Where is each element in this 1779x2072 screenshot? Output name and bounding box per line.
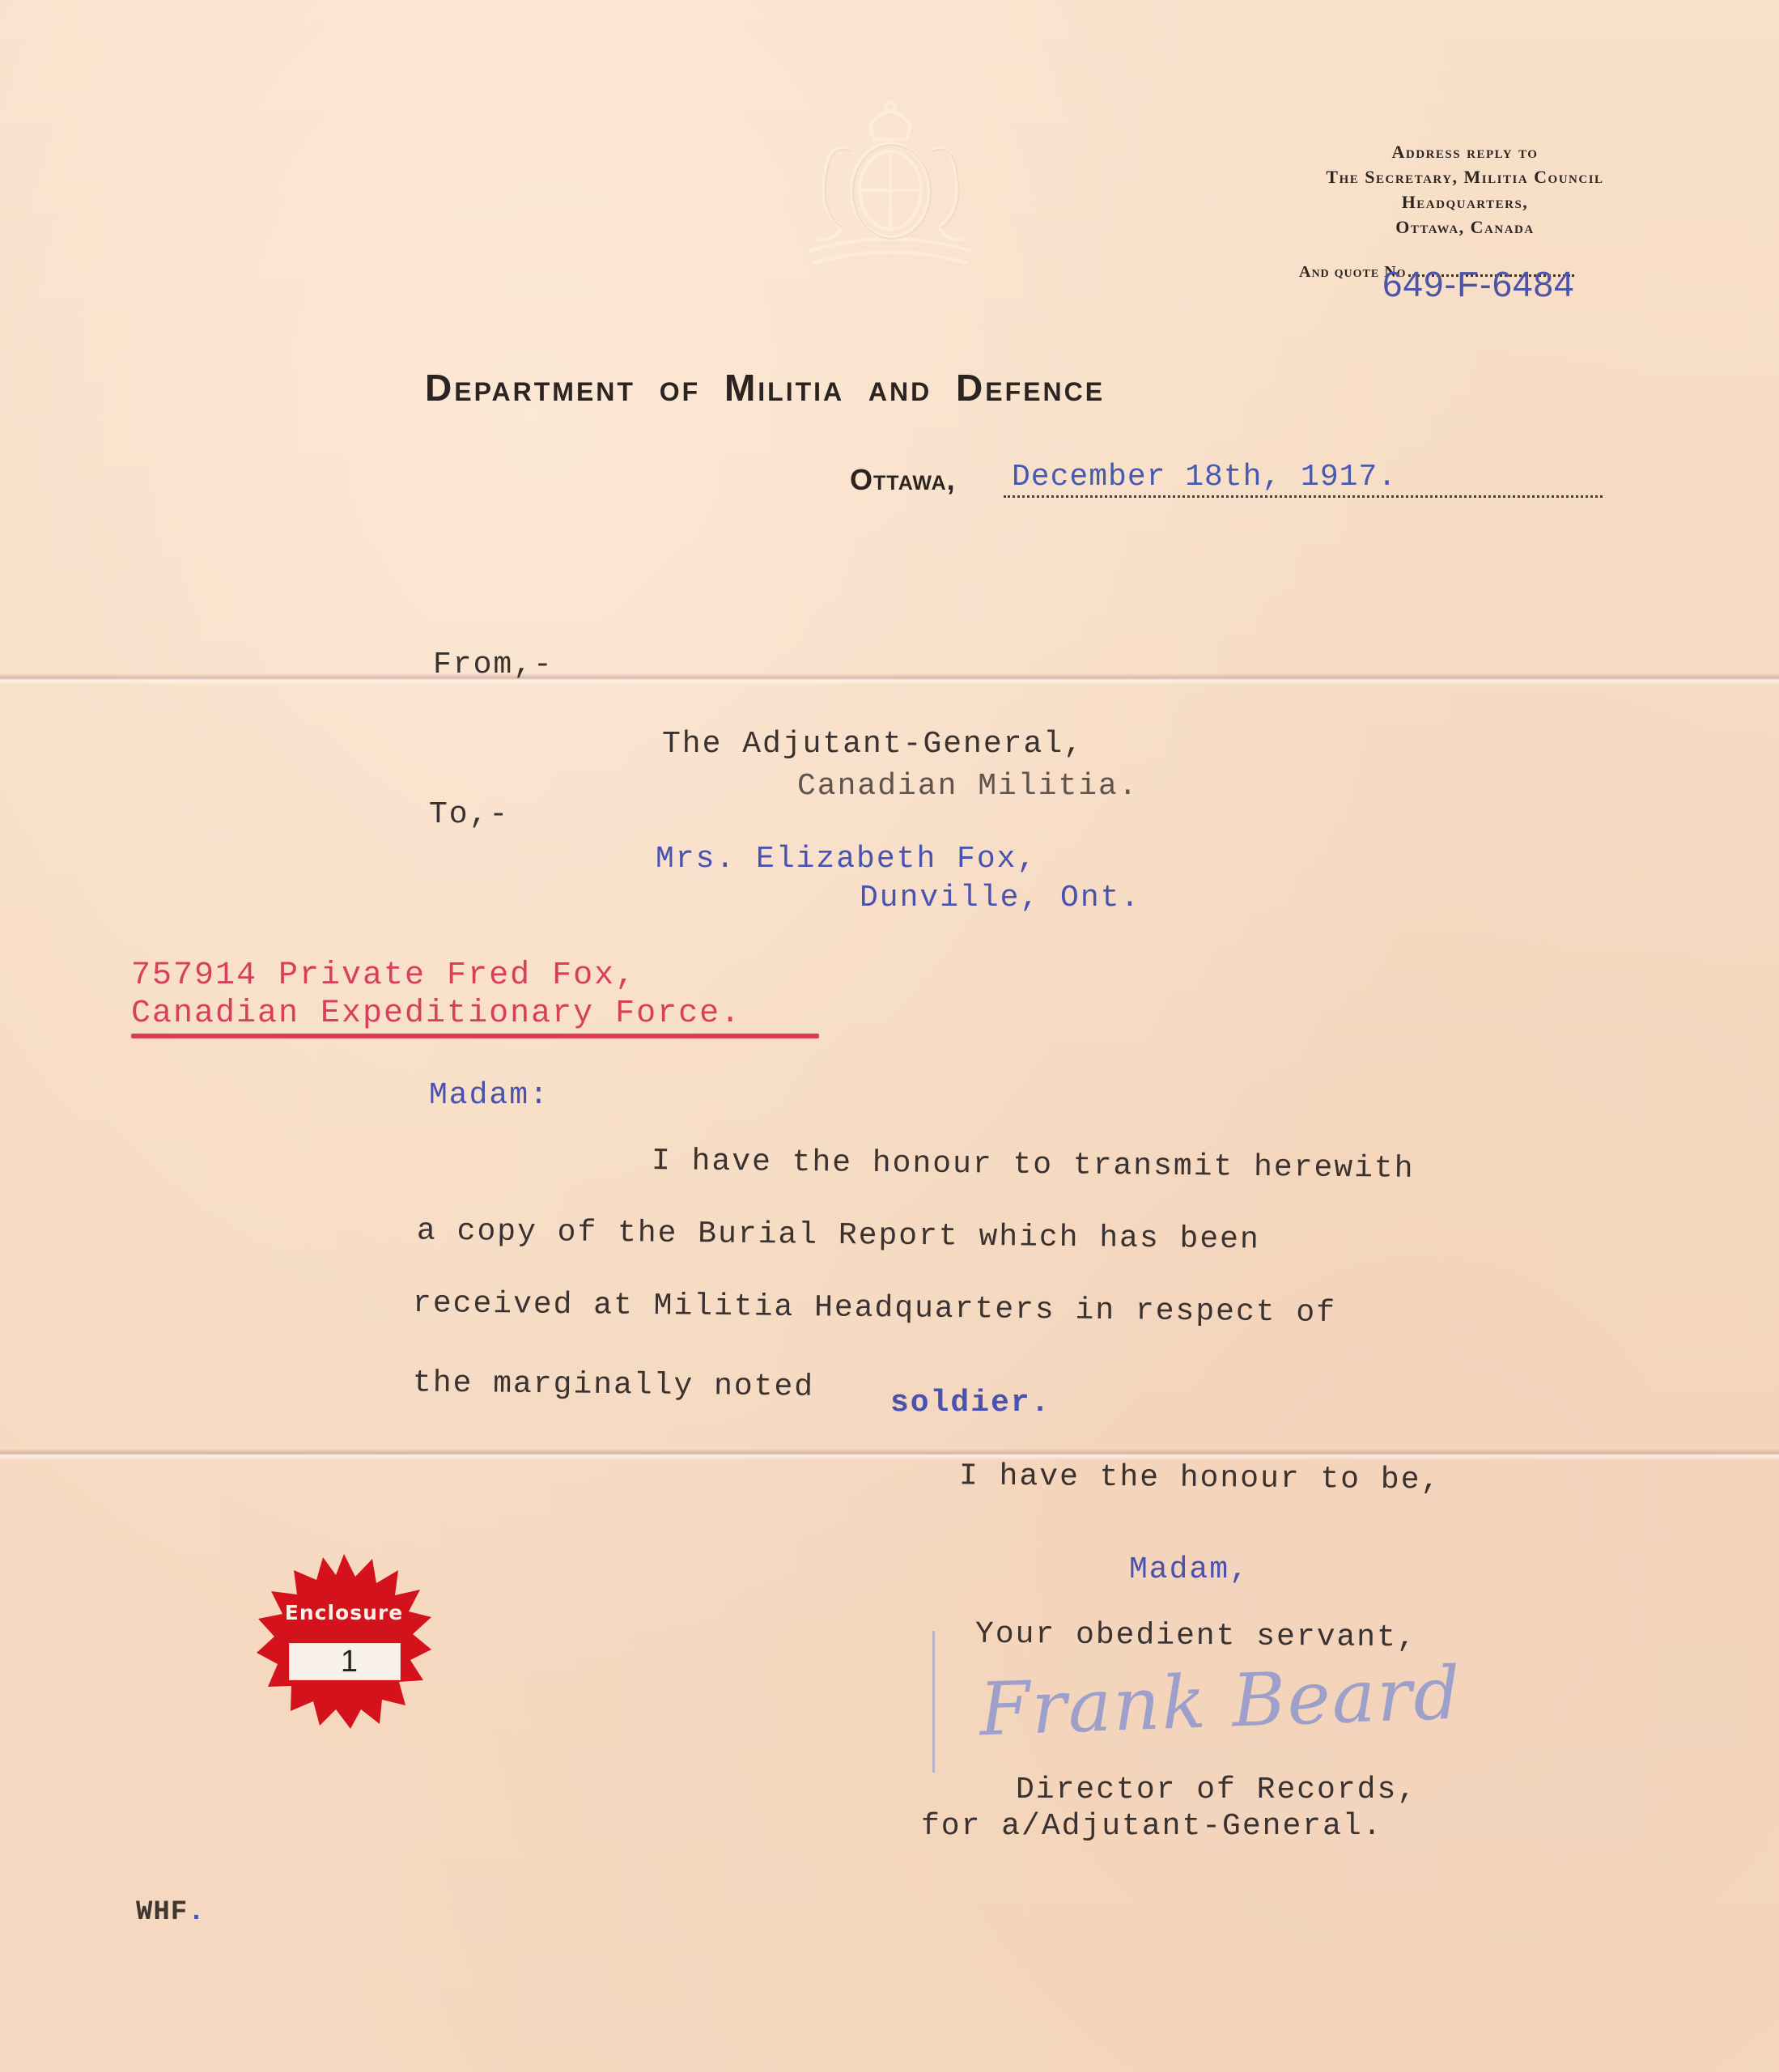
fold-crease-bottom [0, 1449, 1779, 1460]
signatory-title-1: Director of Records, [1016, 1773, 1417, 1807]
enclosure-label: Enclosure [255, 1601, 433, 1624]
closing-line-2: Madam, [1129, 1552, 1250, 1587]
soldier-identity-line-2: Canadian Expeditionary Force. [131, 996, 741, 1032]
initials-dot: . [188, 1897, 205, 1928]
enclosure-number-box: 1 [289, 1643, 401, 1680]
from-line-1: The Adjutant-General, [662, 727, 1084, 762]
typist-initials: WHF. [136, 1897, 206, 1928]
signatory-title-2: for a/Adjutant-General. [921, 1809, 1383, 1844]
coat-of-arms-icon [785, 89, 996, 275]
fold-crease-top [0, 673, 1779, 685]
to-label: To,- [429, 797, 509, 832]
reply-line: Headquarters, [1279, 189, 1651, 214]
body-last-word: soldier. [890, 1386, 1051, 1420]
recipient-name: Mrs. Elizabeth Fox, [656, 842, 1037, 877]
letter-date: December 18th, 1917. [1012, 460, 1397, 495]
from-line-2: Canadian Militia. [797, 769, 1139, 804]
closing-line-3: Your obedient servant, [975, 1617, 1417, 1656]
body-line-3: received at Militia Headquarters in resp… [413, 1286, 1336, 1331]
quote-number: 649-F-6484 [1382, 265, 1574, 305]
signature-bracket [932, 1631, 935, 1773]
body-line-1: I have the honour to transmit herewith [652, 1144, 1415, 1187]
from-label: From,- [433, 647, 554, 682]
city-label: Ottawa, [850, 463, 956, 497]
signature: Frank Beard [978, 1651, 1463, 1753]
reply-line: The Secretary, Militia Council [1279, 164, 1651, 189]
soldier-identity-line-1: 757914 Private Fred Fox, [131, 957, 636, 994]
body-line-4: the marginally noted [413, 1365, 815, 1404]
initials-text: WHF [136, 1897, 188, 1928]
closing-line-1: I have the honour to be, [959, 1458, 1441, 1497]
body-line-2: a copy of the Burial Report which has be… [417, 1214, 1260, 1258]
letter-page: Address reply to The Secretary, Militia … [0, 0, 1779, 2072]
starburst-icon [255, 1552, 433, 1730]
reply-line: Ottawa, Canada [1279, 214, 1651, 240]
recipient-address: Dunville, Ont. [860, 881, 1140, 915]
red-underline [131, 1034, 819, 1038]
reply-address-block: Address reply to The Secretary, Militia … [1279, 139, 1651, 240]
department-title: Department of Militia and Defence [425, 366, 1105, 410]
salutation: Madam: [429, 1078, 550, 1113]
enclosure-number: 1 [290, 1645, 358, 1678]
reply-line: Address reply to [1279, 139, 1651, 164]
enclosure-sticker: Enclosure 1 [255, 1552, 433, 1730]
